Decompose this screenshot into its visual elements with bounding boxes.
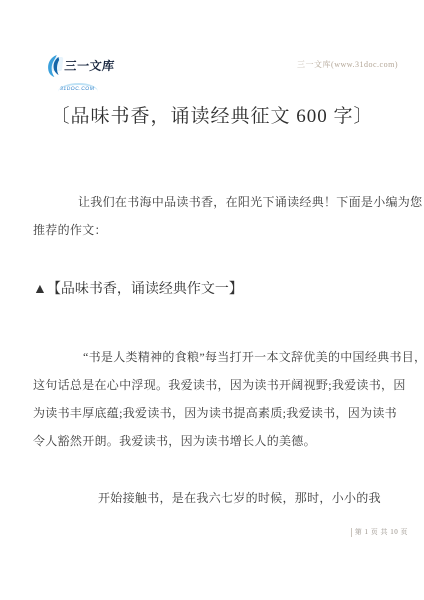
text-line: 开始接触书，是在我六七岁的时候，那时，小小的我 [33,484,395,512]
text-line: 这句话总是在心中浮现。我爱读书，因为读书开阔视野;我爱读书，因 [33,371,395,399]
essay-paragraph-1: “书是人类精神的食粮”每当打开一本文辞优美的中国经典书目，这句话总是在心中浮现。… [33,343,395,455]
text-line: “书是人类精神的食粮”每当打开一本文辞优美的中国经典书目， [33,343,395,371]
page-number-footer: 第 1 页 共 10 页 [351,528,408,537]
text-line: 令人豁然开朗。我爱读书，因为读书增长人的美德。 [33,427,395,455]
site-logo: 三一文库 31DOC.COM [44,55,127,87]
brand-domain: 31DOC.COM [58,83,99,92]
site-reference-text: 三一文库(www.31doc.com) [297,59,398,70]
document-page: 三一文库 31DOC.COM 三一文库(www.31doc.com) 〔品味书香… [0,0,424,600]
document-title: 〔品味书香，诵读经典征文 600 字〕 [0,102,424,132]
brand-swoosh-icon [45,55,63,77]
essay-paragraph-2: 开始接触书，是在我六七岁的时候，那时，小小的我 [33,484,395,512]
brand-name: 三一文库 [64,60,115,72]
text-line: 让我们在书海中品读书香，在阳光下诵读经典！下面是小编为您 [33,188,395,216]
section-heading: ▲【品味书香，诵读经典作文一】 [33,276,243,304]
text-line: 推荐的作文： [33,216,395,244]
text-line: 为读书丰厚底蕴;我爱读书，因为读书提高素质;我爱读书，因为读书 [33,399,395,427]
intro-paragraph: 让我们在书海中品读书香，在阳光下诵读经典！下面是小编为您推荐的作文： [33,188,395,244]
